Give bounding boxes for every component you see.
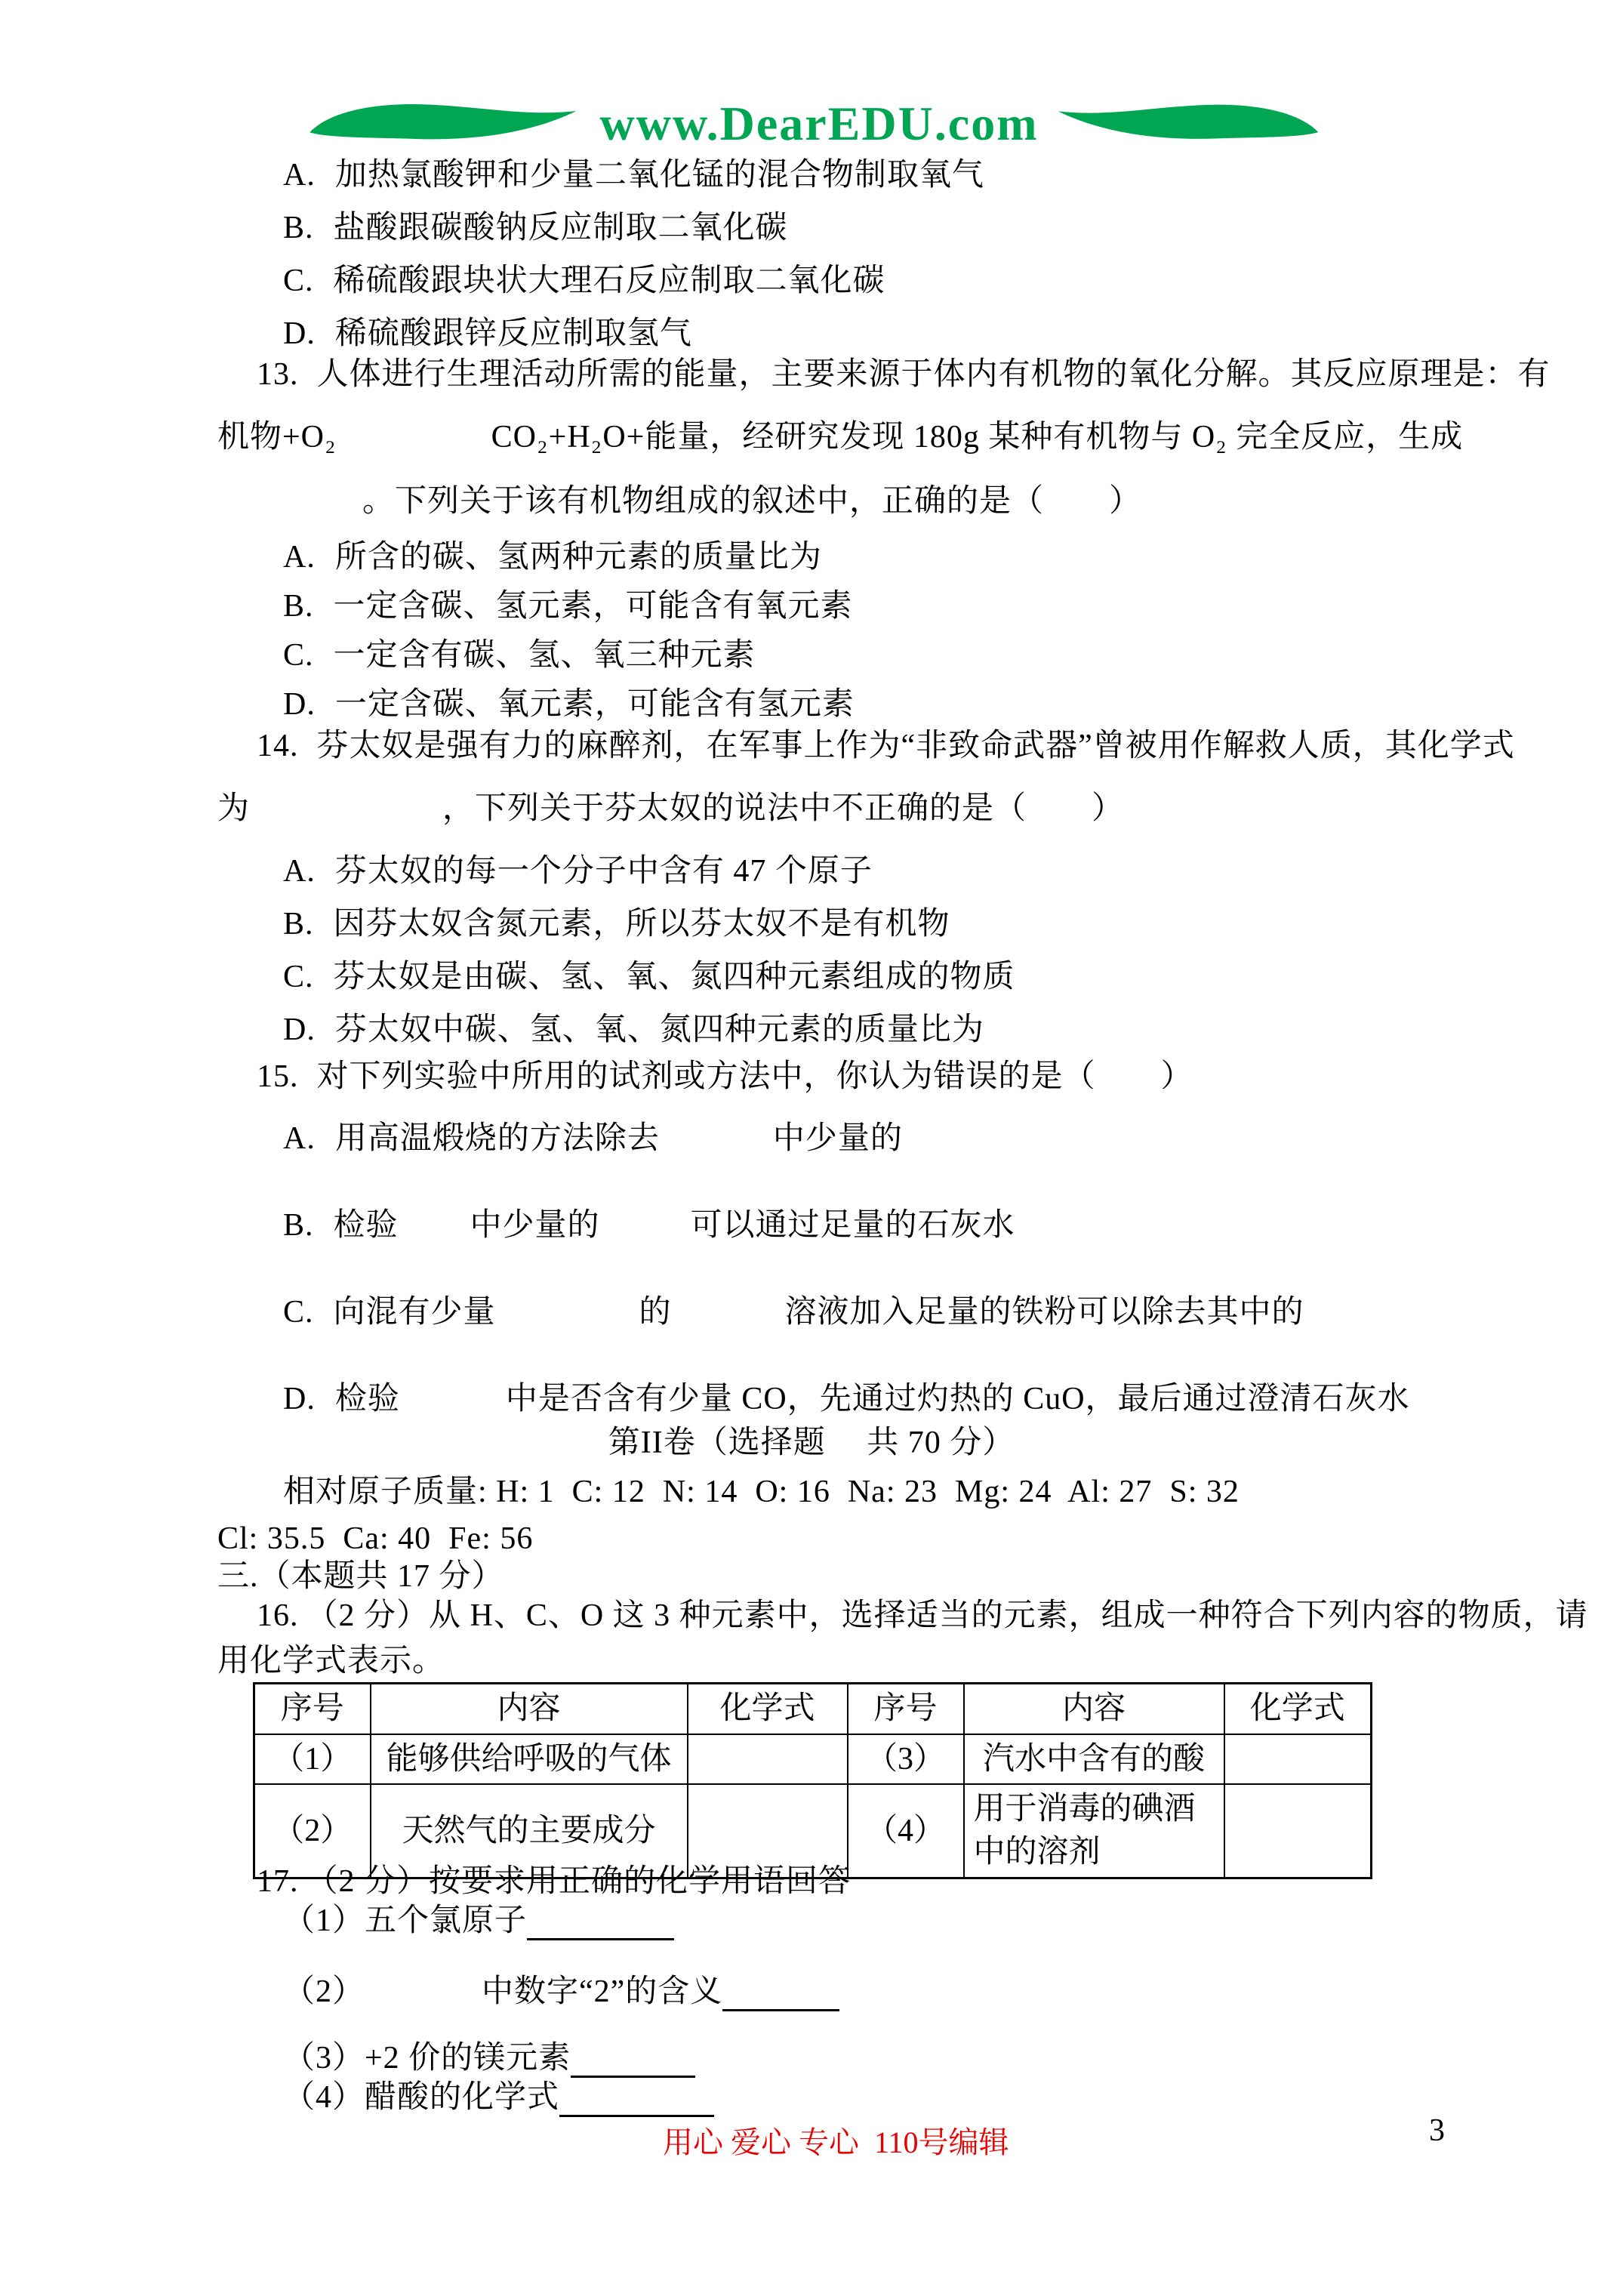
question-text: 芬太奴是强有力的麻醉剂，在军事上作为“非致命武器”曾被用作解救人质，其化学式 [317, 729, 1515, 763]
answer-blank [722, 1977, 839, 2011]
option-label: C. [283, 636, 314, 675]
table-cell: （1） [254, 1734, 371, 1785]
logo-text: www.DearEDU.com [600, 93, 1039, 155]
question-text: （2 分）按要求用正确的化学用语回答 [306, 1864, 852, 1899]
question-13-line3: 。下列关于该有机物组成的叙述中，正确的是（ ） [362, 482, 1141, 521]
question-15-option-a: A.用高温煅烧的方法除去中少量的 [283, 1119, 903, 1158]
question-13-option-d: D.一定含碳、氧元素，可能含有氢元素 [283, 685, 855, 724]
question-15-prompt: 15.对下列实验中所用的试剂或方法中，你认为错误的是（ ） [257, 1057, 1193, 1096]
option-text: 用高温煅烧的方法除去 [335, 1121, 660, 1156]
option-text: 向混有少量 [334, 1295, 496, 1330]
table-cell: 汽水中含有的酸 [964, 1734, 1224, 1785]
table-header-cell: 内容 [964, 1684, 1224, 1734]
question-text: ，下列关于芬太奴的说法中不正确的是（ ） [442, 791, 1124, 826]
question-14-option-d: D.芬太奴中碳、氢、氧、氮四种元素的质量比为 [283, 1010, 984, 1049]
atomic-masses-text: Cl: 35.5 Ca: 40 Fe: 56 [217, 1521, 533, 1556]
item-text: 中数字“2”的含义 [482, 1974, 722, 2009]
question-14-option-c: C.芬太奴是由碳、氢、氧、氮四种元素组成的物质 [283, 957, 1015, 997]
blank-space [672, 1321, 785, 1322]
question-text: （2 分）从 H、C、O 这 3 种元素中，选择适当的元素，组成一种符合下列内容… [306, 1598, 1588, 1633]
section-title-text: 第II卷（选择题 共 70 分） [608, 1425, 1015, 1460]
option-label: C. [283, 957, 314, 997]
q16-table-container: 序号 内容 化学式 序号 内容 化学式 （1） 能够供给呼吸的气体 （3） 汽水… [253, 1682, 1370, 1879]
question-16-line1: 16.（2 分）从 H、C、O 这 3 种元素中，选择适当的元素，组成一种符合下… [257, 1596, 1588, 1635]
question-13-option-c: C.一定含有碳、氢、氧三种元素 [283, 636, 756, 675]
option-label: D. [283, 1010, 316, 1049]
option-label: D. [283, 314, 316, 353]
option-text: 一定含碳、氢元素，可能含有氧元素 [334, 589, 853, 624]
blank-space [250, 818, 442, 818]
item-text: （3）+2 价的镁元素 [283, 2041, 571, 2076]
table-cell: 能够供给呼吸的气体 [371, 1734, 688, 1785]
option-label: A. [283, 852, 316, 891]
heading-text: 三.（本题共 17 分） [217, 1559, 504, 1594]
blank-space [365, 2001, 482, 2002]
question-text: 用化学式表示。 [217, 1644, 445, 1678]
option-label: A. [283, 1119, 316, 1158]
option-label: B. [283, 208, 314, 248]
option-text: 芬太奴中碳、氢、氧、氮四种元素的质量比为 [335, 1012, 984, 1047]
blank-space [399, 1234, 470, 1235]
option-label: A. [283, 538, 316, 577]
option-label: B. [283, 587, 314, 626]
answer-blank [527, 1906, 674, 1940]
question-13-line2: 机物+O₂CO₂+H₂O+能量，经研究发现 180g 某种有机物与 O₂ 完全反… [217, 418, 1623, 457]
table-header-cell: 化学式 [688, 1684, 848, 1734]
option-label: C. [283, 261, 314, 300]
q16-table: 序号 内容 化学式 序号 内容 化学式 （1） 能够供给呼吸的气体 （3） 汽水… [253, 1682, 1372, 1879]
option-text: 中是否含有少量 CO，先通过灼热的 CuO，最后通过澄清石灰水 [506, 1382, 1410, 1416]
site-logo: www.DearEDU.com [0, 93, 1623, 155]
option-text: 芬太奴的每一个分子中含有 47 个原子 [335, 854, 873, 889]
logo-swoosh-left-icon [303, 95, 584, 153]
table-header-cell: 序号 [254, 1684, 371, 1734]
option-label: A. [283, 156, 316, 195]
option-text: 因芬太奴含氮元素，所以芬太奴不是有机物 [334, 907, 950, 942]
blank-space [496, 1321, 639, 1322]
top-option-c: C.稀硫酸跟块状大理石反应制取二氧化碳 [283, 261, 885, 300]
option-label: B. [283, 905, 314, 944]
item-text: （2） [283, 1974, 365, 2009]
blank-space [400, 1408, 506, 1409]
option-text: 盐酸跟碳酸钠反应制取二氧化碳 [334, 211, 788, 245]
option-text: 稀硫酸跟锌反应制取氢气 [335, 316, 692, 351]
option-label: B. [283, 1206, 314, 1245]
part-3-heading: 三.（本题共 17 分） [217, 1557, 504, 1596]
question-15-option-c: C.向混有少量的溶液加入足量的铁粉可以除去其中的 [283, 1293, 1304, 1332]
atomic-masses-line2: Cl: 35.5 Ca: 40 Fe: 56 [217, 1519, 533, 1558]
question-number: 17. [257, 1862, 299, 1901]
option-text: 检验 [335, 1382, 400, 1416]
option-text: 一定含有碳、氢、氧三种元素 [334, 638, 756, 673]
logo-swoosh-right-icon [1055, 95, 1321, 153]
option-text: 检验 [334, 1208, 399, 1243]
question-16-line2: 用化学式表示。 [217, 1641, 445, 1681]
option-text: 溶液加入足量的铁粉可以除去其中的 [785, 1295, 1304, 1330]
footer-slogan: 用心 爱心 专心 110号编辑 [663, 2119, 1009, 2162]
question-text: 人体进行生理活动所需的能量，主要来源于体内有机物的氧化分解。其反应原理是：有 [317, 357, 1551, 392]
section-2-title: 第II卷（选择题 共 70 分） [0, 1423, 1623, 1462]
top-option-d: D.稀硫酸跟锌反应制取氢气 [283, 314, 692, 353]
question-14-line1: 14.芬太奴是强有力的麻醉剂，在军事上作为“非致命武器”曾被用作解救人质，其化学… [257, 726, 1515, 766]
question-13-option-b: B.一定含碳、氢元素，可能含有氧元素 [283, 587, 853, 626]
item-text: （1）五个氯原子 [283, 1903, 527, 1938]
question-15-option-b: B.检验中少量的可以通过足量的石灰水 [283, 1206, 1015, 1245]
option-text: 稀硫酸跟块状大理石反应制取二氧化碳 [334, 264, 885, 298]
table-header-cell: 序号 [848, 1684, 964, 1734]
question-17-item-3: （3）+2 价的镁元素 [283, 2039, 695, 2078]
equation-right: CO₂+H₂O+能量，经研究发现 180g 某种有机物与 O₂ 完全反应，生成 [491, 420, 1464, 455]
question-17-item-4: （4）醋酸的化学式 [283, 2078, 714, 2117]
table-cell-empty [1224, 1734, 1372, 1785]
question-number: 16. [257, 1596, 299, 1635]
question-13-option-a: A.所含的碳、氢两种元素的质量比为 [283, 538, 822, 577]
question-text: 。下列关于该有机物组成的叙述中，正确的是（ ） [362, 484, 1141, 519]
table-cell: （4） [848, 1784, 964, 1878]
table-cell: （3） [848, 1734, 964, 1785]
table-header-cell: 化学式 [1224, 1684, 1372, 1734]
exam-document-page: www.DearEDU.com A.加热氯酸钾和少量二氧化锰的混合物制取氧气 B… [0, 0, 1623, 2296]
question-number: 15. [257, 1057, 299, 1096]
question-13-line1: 13.人体进行生理活动所需的能量，主要来源于体内有机物的氧化分解。其反应原理是：… [257, 355, 1551, 394]
option-text: 芬太奴是由碳、氢、氧、氮四种元素组成的物质 [334, 960, 1015, 994]
question-text: 对下列实验中所用的试剂或方法中，你认为错误的是（ ） [317, 1059, 1193, 1094]
table-row: （1） 能够供给呼吸的气体 （3） 汽水中含有的酸 [254, 1734, 1372, 1785]
top-option-a: A.加热氯酸钾和少量二氧化锰的混合物制取氧气 [283, 156, 984, 195]
question-number: 13. [257, 355, 299, 394]
option-text: 一定含碳、氧元素，可能含有氢元素 [335, 687, 855, 722]
atomic-masses-line1: 相对原子质量: H: 1 C: 12 N: 14 O: 16 Na: 23 Mg… [283, 1472, 1240, 1512]
question-17-item-2: （2）中数字“2”的含义 [283, 1972, 839, 2011]
blank-space [600, 1234, 691, 1235]
question-text: 为 [217, 791, 250, 826]
option-text: 中少量的 [773, 1121, 903, 1156]
option-label: D. [283, 685, 316, 724]
option-text: 可以通过足量的石灰水 [691, 1208, 1015, 1243]
question-17-item-1: （1）五个氯原子 [283, 1901, 674, 1940]
table-cell-empty [1224, 1784, 1372, 1878]
question-15-option-d: D.检验中是否含有少量 CO，先通过灼热的 CuO，最后通过澄清石灰水 [283, 1379, 1410, 1419]
option-label: D. [283, 1379, 316, 1419]
top-option-b: B.盐酸跟碳酸钠反应制取二氧化碳 [283, 208, 788, 248]
blank-space [1463, 446, 1623, 447]
option-text: 所含的碳、氢两种元素的质量比为 [335, 540, 822, 575]
blank-space [660, 1148, 773, 1148]
atomic-masses-text: 相对原子质量: H: 1 C: 12 N: 14 O: 16 Na: 23 Mg… [283, 1475, 1240, 1509]
question-number: 14. [257, 726, 299, 766]
option-label: C. [283, 1293, 314, 1332]
equation-left: 机物+O₂ [217, 420, 337, 455]
question-14-option-b: B.因芬太奴含氮元素，所以芬太奴不是有机物 [283, 905, 950, 944]
option-text: 中少量的 [470, 1208, 600, 1243]
page-number: 3 [1429, 2113, 1445, 2149]
table-header-row: 序号 内容 化学式 序号 内容 化学式 [254, 1684, 1372, 1734]
option-text: 加热氯酸钾和少量二氧化锰的混合物制取氧气 [335, 158, 984, 193]
question-14-option-a: A.芬太奴的每一个分子中含有 47 个原子 [283, 852, 873, 891]
question-14-line2: 为，下列关于芬太奴的说法中不正确的是（ ） [217, 789, 1124, 828]
answer-blank [559, 2083, 714, 2117]
item-text: （4）醋酸的化学式 [283, 2080, 559, 2115]
answer-blank [571, 2044, 695, 2078]
table-cell: 用于消毒的碘酒中的溶剂 [964, 1784, 1224, 1878]
table-header-cell: 内容 [371, 1684, 688, 1734]
option-text: 的 [639, 1295, 672, 1330]
blank-space [337, 446, 491, 447]
question-17-prompt: 17.（2 分）按要求用正确的化学用语回答 [257, 1862, 851, 1901]
table-cell-empty [688, 1734, 848, 1785]
